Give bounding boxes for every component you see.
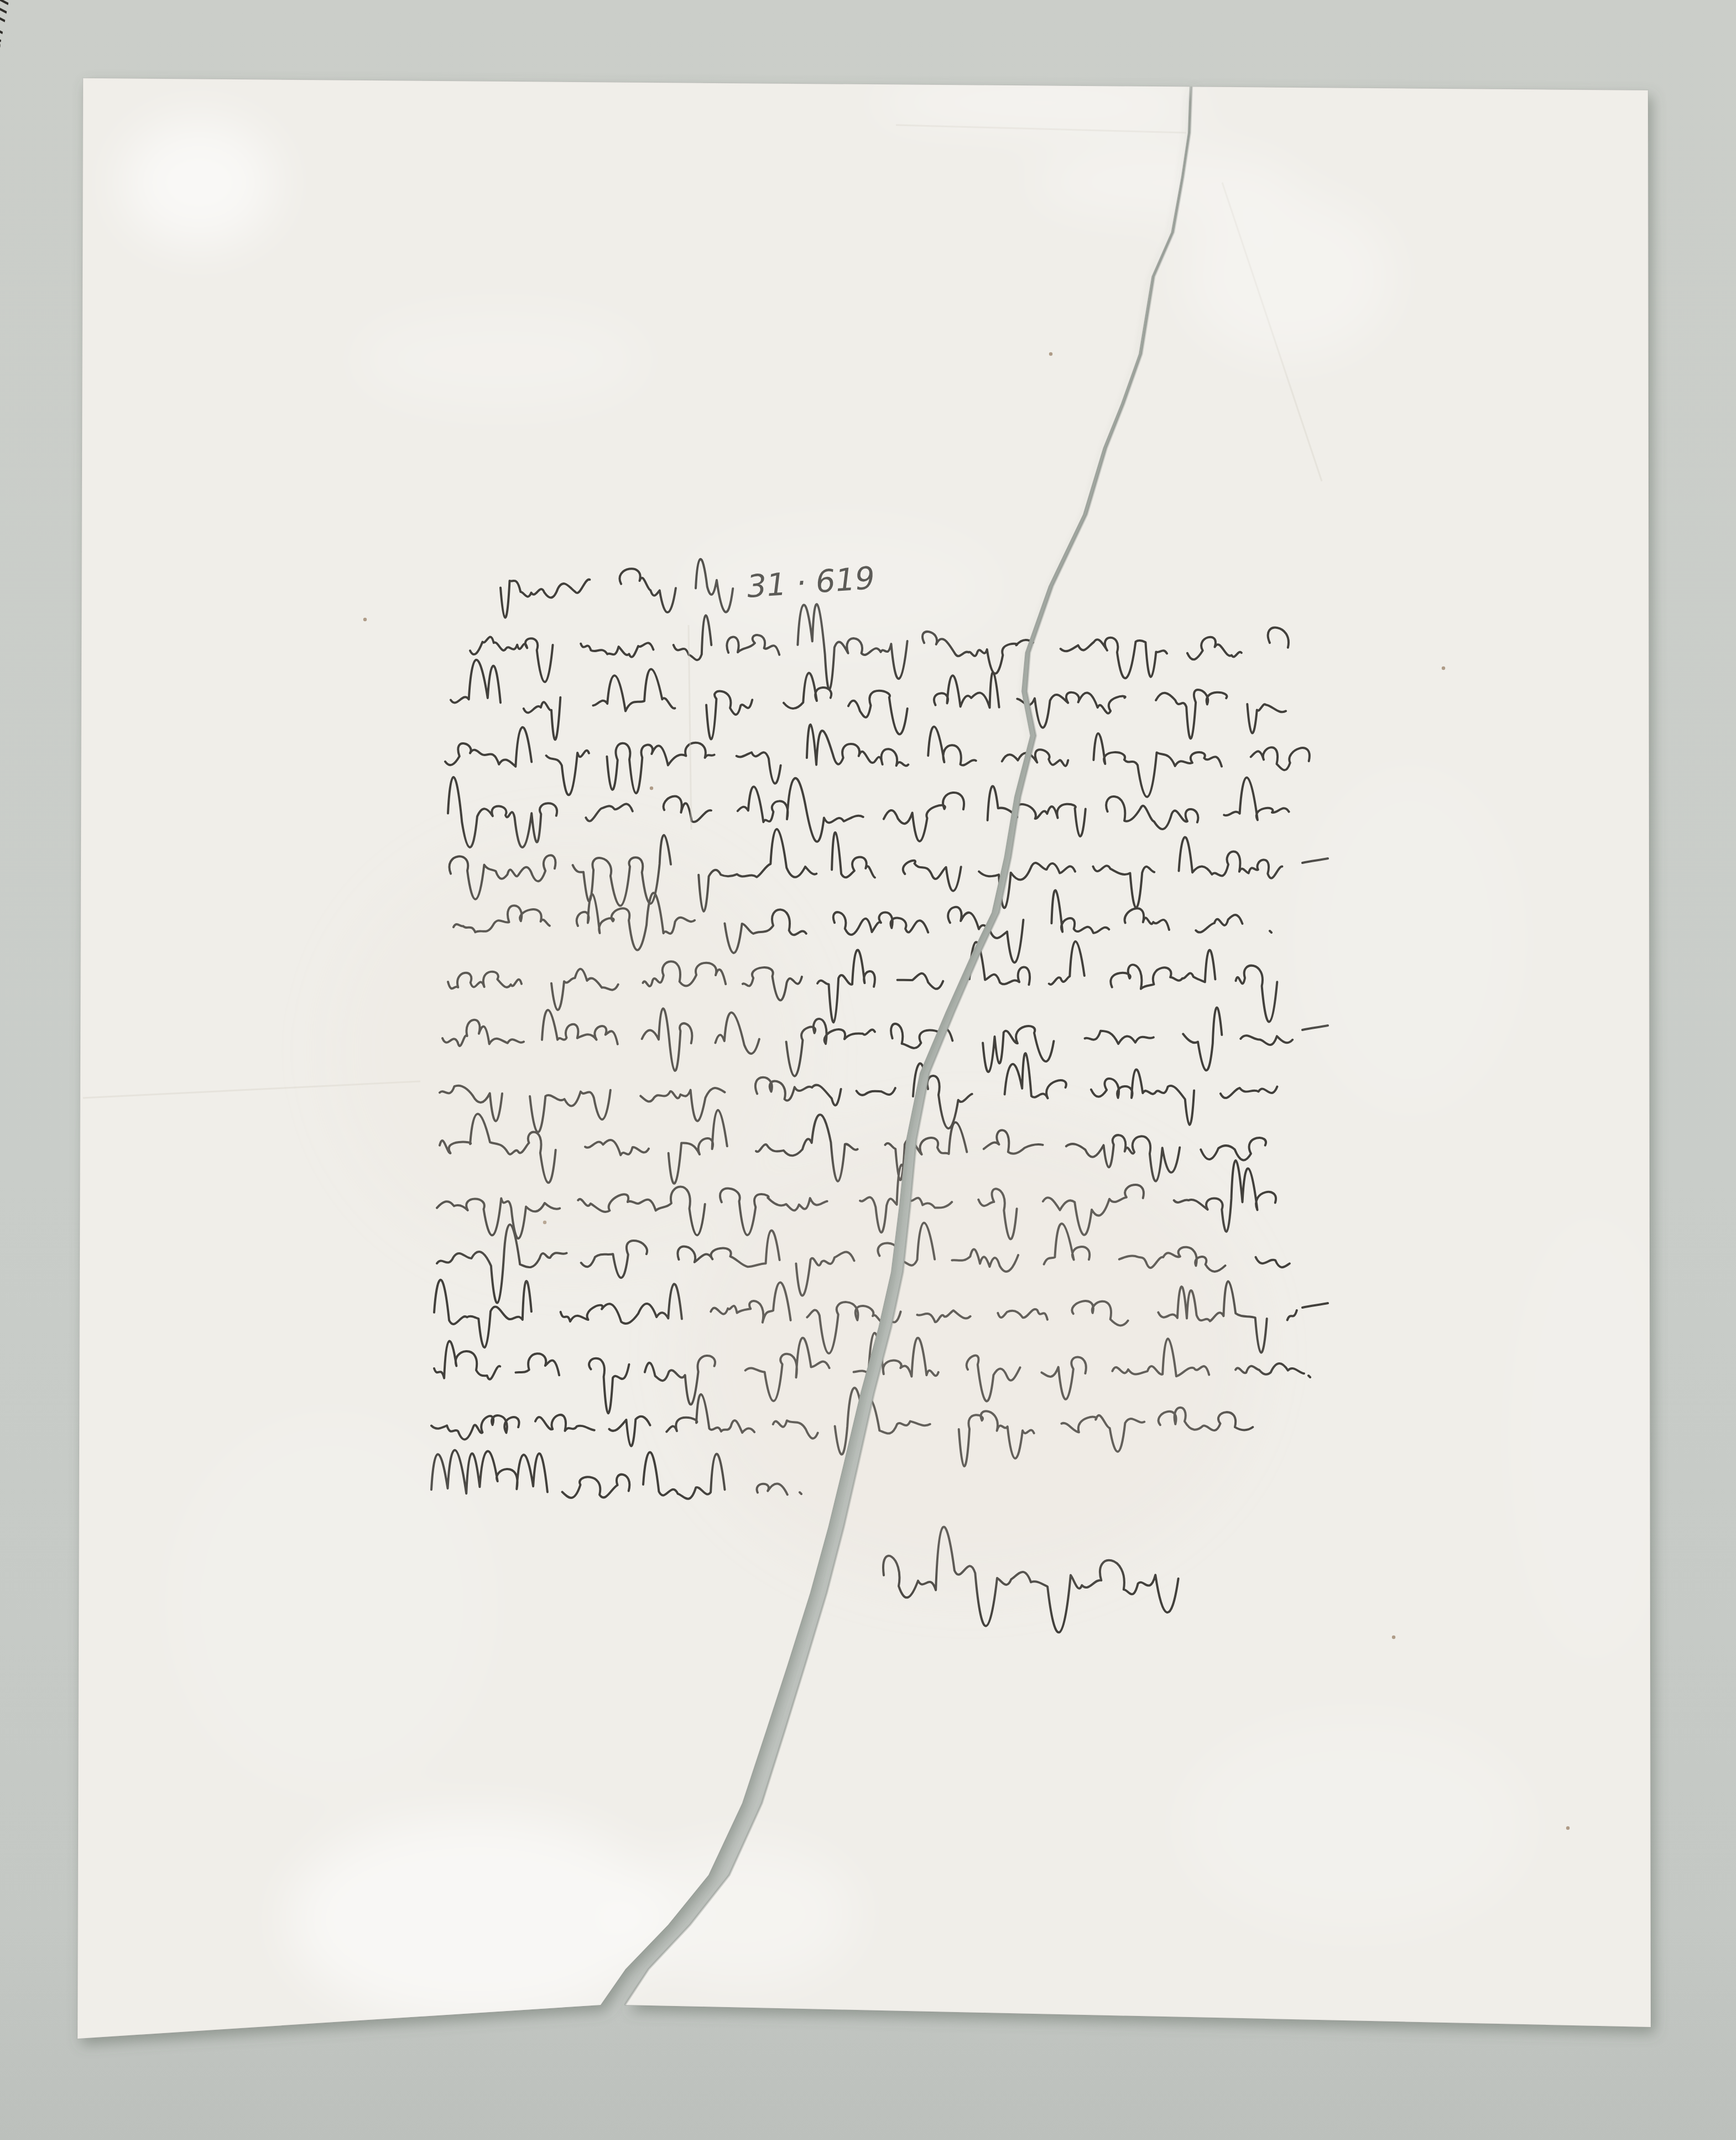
paper-speck: [1049, 352, 1052, 356]
artwork-photo: 31 · 619 marilla '68: [0, 0, 1736, 2140]
paper-speck: [1392, 1636, 1395, 1639]
paper-speck: [363, 618, 367, 621]
torn-letter-artwork: 31 · 619: [0, 0, 1736, 2140]
paper-speck: [1566, 1826, 1570, 1830]
paper-speck: [1442, 667, 1445, 670]
paper-speck: [650, 787, 653, 790]
